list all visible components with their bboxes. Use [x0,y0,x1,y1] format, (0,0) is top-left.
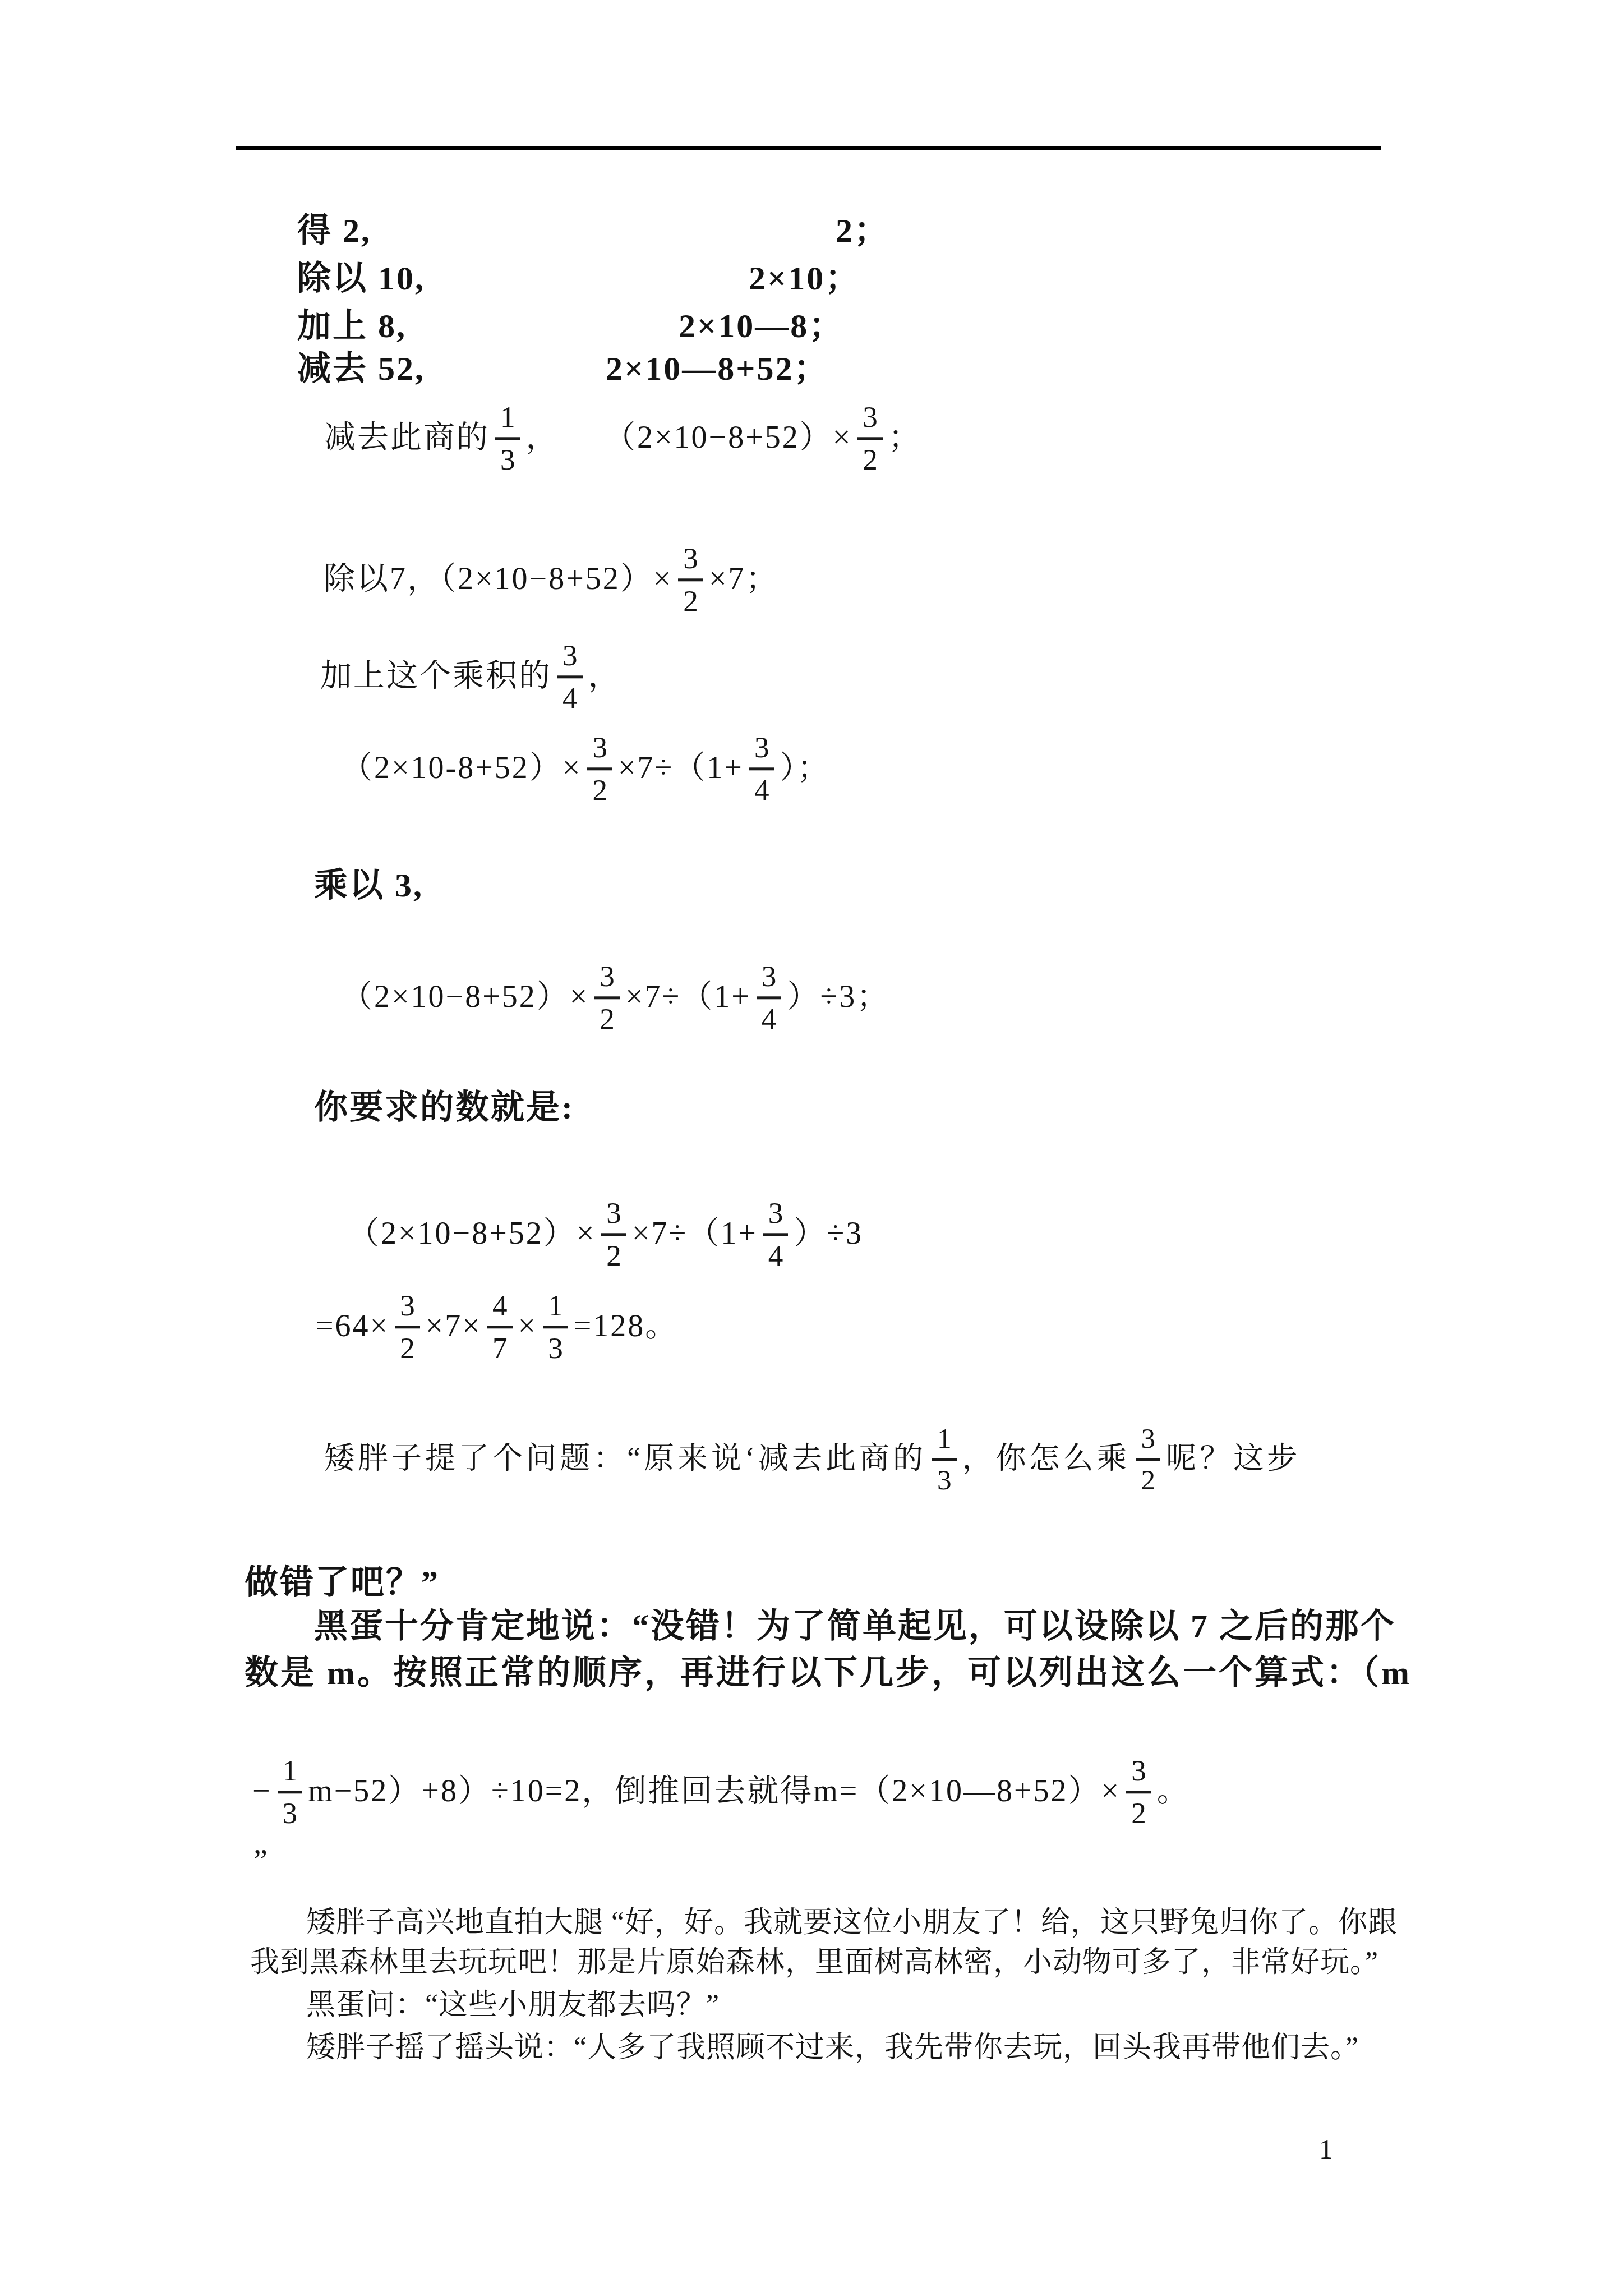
fraction: 32 [587,731,612,805]
text-run: ）； [780,751,831,786]
step-row-2-value: 2×10； [749,260,860,297]
fraction-numerator: 3 [594,960,620,999]
fraction-numerator: 1 [278,1755,303,1793]
text-run: 黑蛋问：“这些小朋友都去吗？” [306,1989,720,2021]
fraction-numerator: 3 [749,731,774,770]
line-heidan-reply-1: 黑蛋十分肯定地说：“没错！为了简单起见，可以设除以 7 之后的那个 [314,1608,1396,1645]
text-run: 减去 52, [297,350,425,387]
line-question-end: 做错了吧？” [245,1564,440,1601]
page-number: 1 [1319,2133,1333,2165]
fraction-numerator: 3 [587,731,612,770]
text-run: 2×10； [749,260,860,297]
fraction-denominator: 3 [548,1329,563,1364]
text-run: ）÷3 [794,1217,863,1251]
fraction-numerator: 3 [757,960,782,999]
line-formula-2: （2×10−8+52）×32×7÷（1+34）÷3； [341,960,889,1034]
step-row-1-label: 得 2, [297,212,371,249]
text-run: 2； [836,212,889,249]
fraction: 34 [749,731,774,805]
text-run: 2×10—8； [679,307,844,344]
fraction-denominator: 2 [606,1236,621,1271]
text-run: 黑蛋十分肯定地说：“没错！为了简单起见，可以设除以 7 之后的那个 [314,1608,1396,1645]
fraction-denominator: 2 [600,1000,615,1034]
fraction: 13 [278,1755,303,1828]
fraction-numerator: 3 [763,1197,789,1236]
text-run: 。 [1157,1774,1190,1809]
text-run: =64× [316,1309,389,1344]
step-row-4-label: 减去 52, [297,350,425,387]
step-row-3-value: 2×10—8； [679,307,844,344]
fraction-denominator: 3 [283,1794,298,1829]
line-dialog-4: 矮胖子摇了摇头说：“人多了我照顾不过来，我先带你去玩，回头我再带他们去。” [306,2032,1359,2064]
fraction: 32 [857,401,883,475]
fraction: 32 [395,1290,420,1363]
fraction: 34 [757,960,782,1034]
text-run: （2×10−8+52）× [348,1217,596,1251]
fraction: 32 [601,1197,626,1271]
line-dwarf-question: 矮胖子提了个问题：“原来说‘减去此商的13，你怎么乘32呢？这步 [324,1423,1301,1495]
fraction: 47 [487,1290,513,1363]
fraction-numerator: 3 [395,1290,420,1328]
text-run: ×7； [709,562,779,597]
text-run: 加上 8, [297,307,407,344]
text-run: m−52）+8）÷10=2，倒推回去就得m=（2×10—8+52）× [308,1774,1121,1809]
fraction-numerator: 1 [495,401,520,440]
text-run: 呢？这步 [1166,1442,1301,1475]
fraction-denominator: 4 [762,1000,777,1034]
text-run: ， [588,659,621,694]
line-dialog-2: 我到黑森林里去玩玩吧！那是片原始森林，里面树高林密，小动物可多了，非常好玩。” [250,1947,1378,1978]
line-formula-3: （2×10−8+52）×32×7÷（1+34）÷3 [348,1197,863,1271]
fraction-denominator: 4 [768,1236,783,1271]
text-run: （2×10−8+52）× [341,980,589,1015]
text-run: 数是 m。按照正常的顺序，再进行以下几步，可以列出这么一个算式：（m [245,1654,1412,1691]
text-run: 得 2, [297,212,371,249]
top-rule [236,146,1381,150]
fraction: 32 [1136,1423,1161,1495]
fraction: 34 [763,1197,789,1271]
fraction-denominator: 7 [492,1329,508,1364]
text-run: ×7÷（1+ [618,751,744,786]
text-run: 矮胖子高兴地直拍大腿 “好，好。我就要这位小朋友了！给，这只野兔归你了。你跟 [306,1907,1398,1939]
text-run: （2×10−8+52）× [604,421,852,455]
fraction-numerator: 3 [557,639,583,678]
fraction: 34 [557,639,583,713]
line-multiply-3: 乘以 3, [314,867,423,904]
text-run: （2×10-8+52）× [341,751,582,786]
line-add-product: 加上这个乘积的34， [320,639,621,713]
text-run: 加上这个乘积的 [320,659,552,694]
line-heidan-reply-2: 数是 m。按照正常的顺序，再进行以下几步，可以列出这么一个算式：（m [245,1654,1412,1691]
text-run: × [518,1309,538,1344]
line-formula-result: =64×32×7×47×13=128。 [316,1290,678,1363]
fraction-numerator: 1 [932,1423,957,1461]
fraction-numerator: 1 [543,1290,568,1328]
fraction-denominator: 2 [400,1329,415,1364]
fraction-denominator: 2 [592,771,607,806]
fraction-denominator: 2 [683,582,698,616]
fraction: 13 [932,1423,957,1495]
text-run: 矮胖子提了个问题：“原来说‘减去此商的 [324,1442,926,1475]
fraction-denominator: 2 [1141,1461,1156,1495]
document-page: 得 2,2；除以 10,2×10；加上 8,2×10—8；减去 52,2×10—… [0,0,1623,2296]
text-run: − [252,1774,272,1809]
text-run: 2×10—8+52； [606,350,829,387]
fraction: 32 [678,542,703,616]
text-run: 减去此商的 [324,421,490,455]
step-row-1-value: 2； [836,212,889,249]
fraction-denominator: 3 [500,440,515,475]
text-run: ， [526,421,559,455]
text-run: ×7÷（1+ [632,1217,758,1251]
text-run: =128。 [574,1309,679,1344]
text-run: 除以7，（2×10−8+52）× [324,562,672,597]
line-divide-7: 除以7，（2×10−8+52）×32×7； [324,542,779,616]
text-run: ； [888,421,921,455]
line-result-intro: 你要求的数就是: [314,1089,574,1126]
text-run: 我到黑森林里去玩玩吧！那是片原始森林，里面树高林密，小动物可多了，非常好玩。” [250,1947,1378,1978]
fraction-denominator: 4 [754,771,769,806]
text-run: ×7÷（1+ [625,980,751,1015]
line-quote-close: ” [253,1844,269,1879]
line-formula-1: （2×10-8+52）×32×7÷（1+34）； [341,731,831,805]
line-subtract-third-formula: （2×10−8+52）×32； [604,401,921,475]
fraction-numerator: 3 [857,401,883,440]
step-row-4-value: 2×10—8+52； [606,350,829,387]
line-dialog-1: 矮胖子高兴地直拍大腿 “好，好。我就要这位小朋友了！给，这只野兔归你了。你跟 [306,1907,1398,1939]
fraction-denominator: 3 [937,1461,952,1495]
fraction-numerator: 3 [1136,1423,1161,1461]
text-run: 乘以 3, [314,867,423,904]
step-row-2-label: 除以 10, [297,260,425,297]
line-equation-m: −13m−52）+8）÷10=2，倒推回去就得m=（2×10—8+52）×32。 [252,1755,1190,1828]
fraction-numerator: 4 [487,1290,513,1328]
fraction: 32 [1126,1755,1151,1828]
text-run: 你要求的数就是: [314,1089,574,1126]
fraction-denominator: 2 [1131,1794,1146,1829]
step-row-3-label: 加上 8, [297,307,407,344]
fraction: 13 [543,1290,568,1363]
text-run: 矮胖子摇了摇头说：“人多了我照顾不过来，我先带你去玩，回头我再带他们去。” [306,2032,1359,2064]
fraction-numerator: 3 [1126,1755,1151,1793]
fraction-numerator: 3 [678,542,703,581]
text-run: ，你怎么乘 [962,1442,1131,1475]
text-run: 除以 10, [297,260,425,297]
text-run: ×7× [426,1309,482,1344]
fraction-denominator: 2 [863,440,878,475]
fraction-denominator: 4 [562,679,578,714]
line-subtract-third-label: 减去此商的13， [324,401,559,475]
text-run: ” [253,1844,269,1879]
fraction-numerator: 3 [601,1197,626,1236]
line-dialog-3: 黑蛋问：“这些小朋友都去吗？” [306,1989,720,2021]
fraction: 13 [495,401,520,475]
fraction: 32 [594,960,620,1034]
text-run: 做错了吧？” [245,1564,440,1601]
text-run: ）÷3； [787,980,889,1015]
